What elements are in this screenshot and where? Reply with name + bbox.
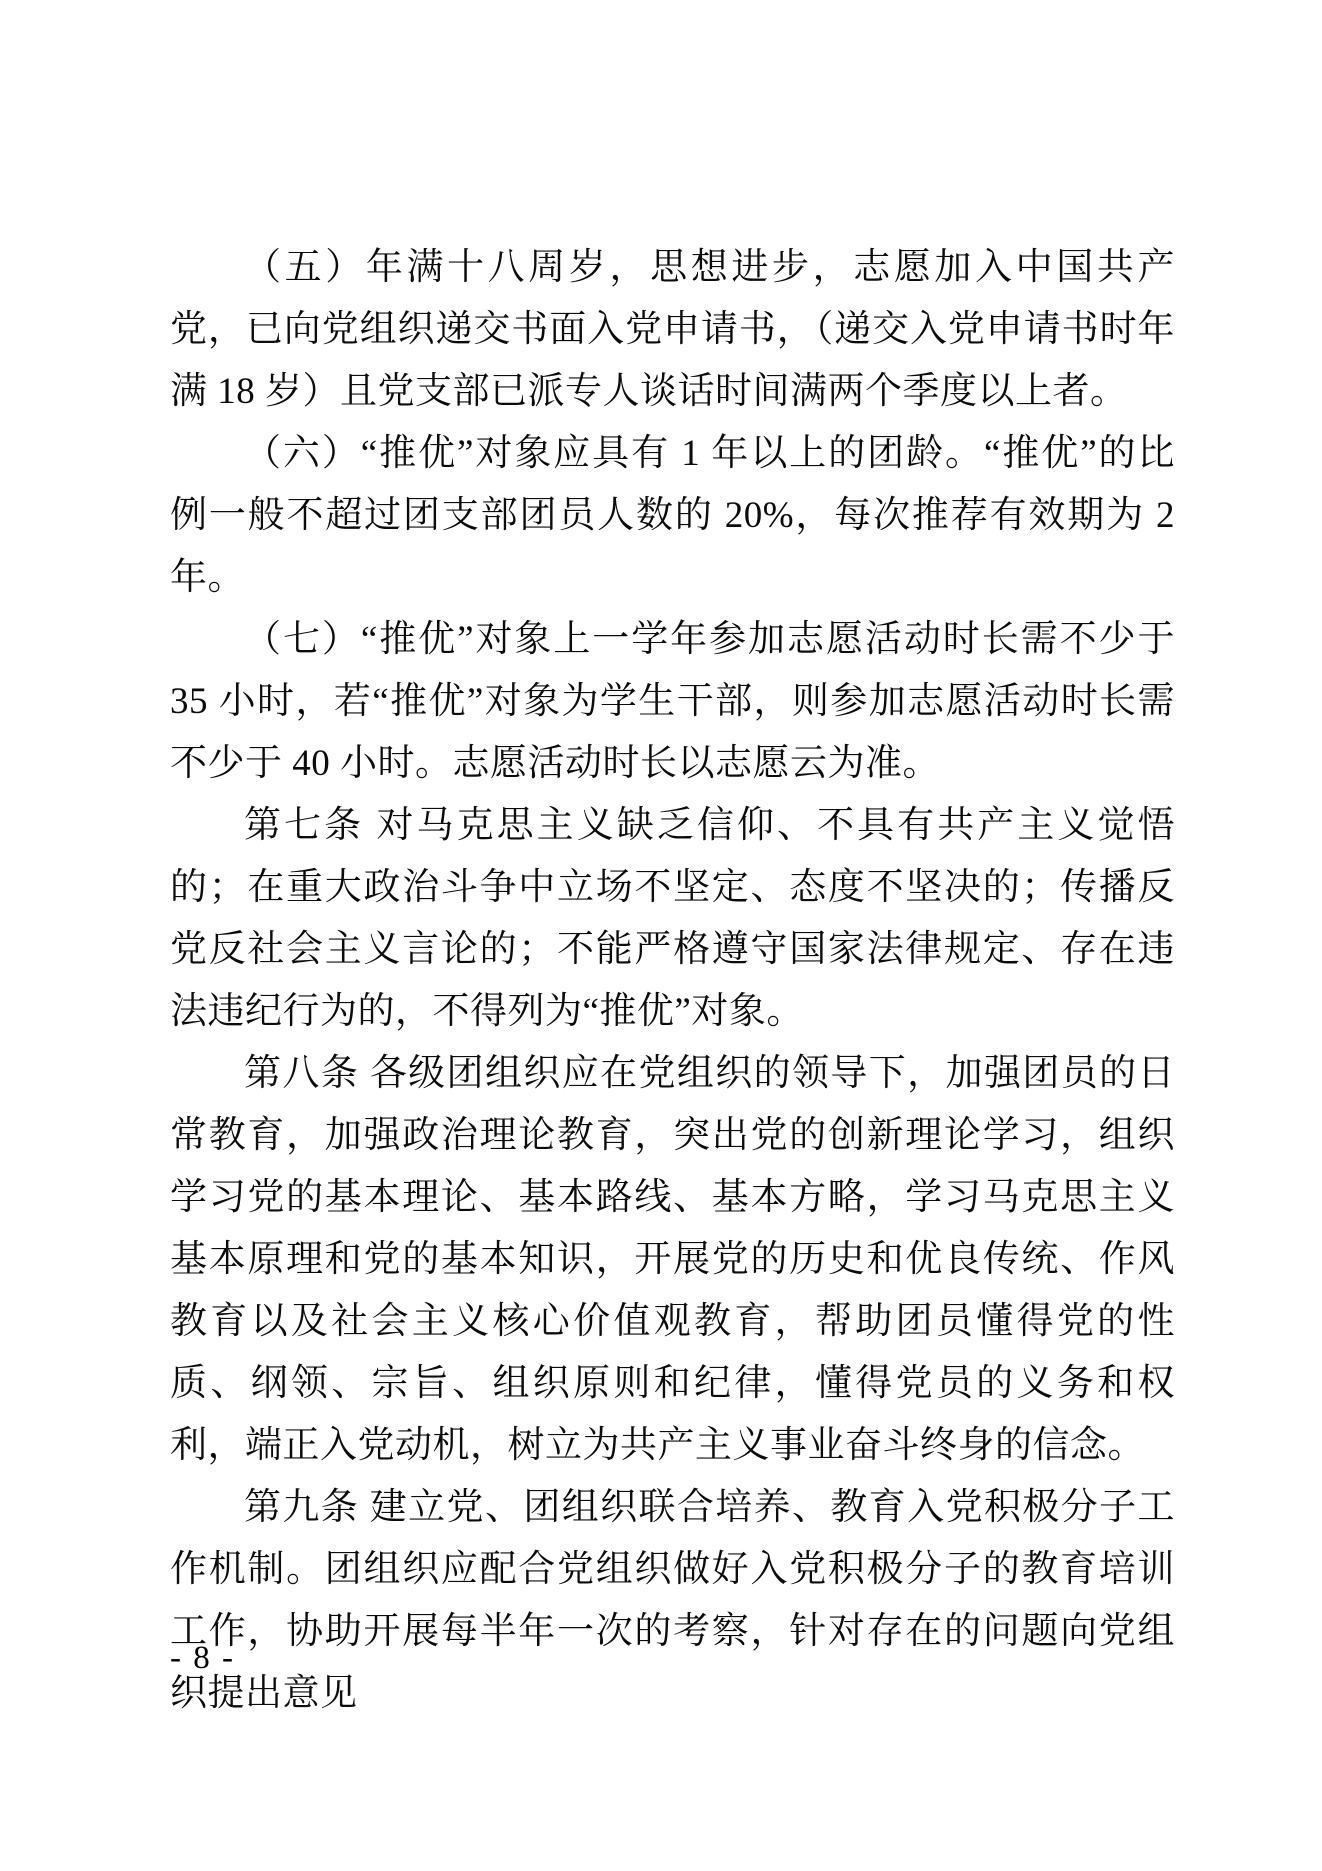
- page-number: - 8 -: [170, 1638, 235, 1678]
- paragraph-item-7: （七）“推优”对象上一学年参加志愿活动时长需不少于 35 小时，若“推优”对象为…: [170, 609, 1175, 795]
- paragraph-article-8: 第八条 各级团组织应在党组织的领导下，加强团员的日常教育，加强政治理论教育，突出…: [170, 1043, 1175, 1477]
- paragraph-article-7: 第七条 对马克思主义缺乏信仰、不具有共产主义觉悟的；在重大政治斗争中立场不坚定、…: [170, 795, 1175, 1043]
- document-body: （五）年满十八周岁，思想进步，志愿加入中国共产党，已向党组织递交书面入党申请书，…: [170, 237, 1175, 1725]
- paragraph-article-9: 第九条 建立党、团组织联合培养、教育入党积极分子工作机制。团组织应配合党组织做好…: [170, 1477, 1175, 1725]
- paragraph-item-5: （五）年满十八周岁，思想进步，志愿加入中国共产党，已向党组织递交书面入党申请书，…: [170, 237, 1175, 423]
- paragraph-item-6: （六）“推优”对象应具有 1 年以上的团龄。“推优”的比例一般不超过团支部团员人…: [170, 423, 1175, 609]
- document-page: （五）年满十八周岁，思想进步，志愿加入中国共产党，已向党组织递交书面入党申请书，…: [0, 0, 1322, 1871]
